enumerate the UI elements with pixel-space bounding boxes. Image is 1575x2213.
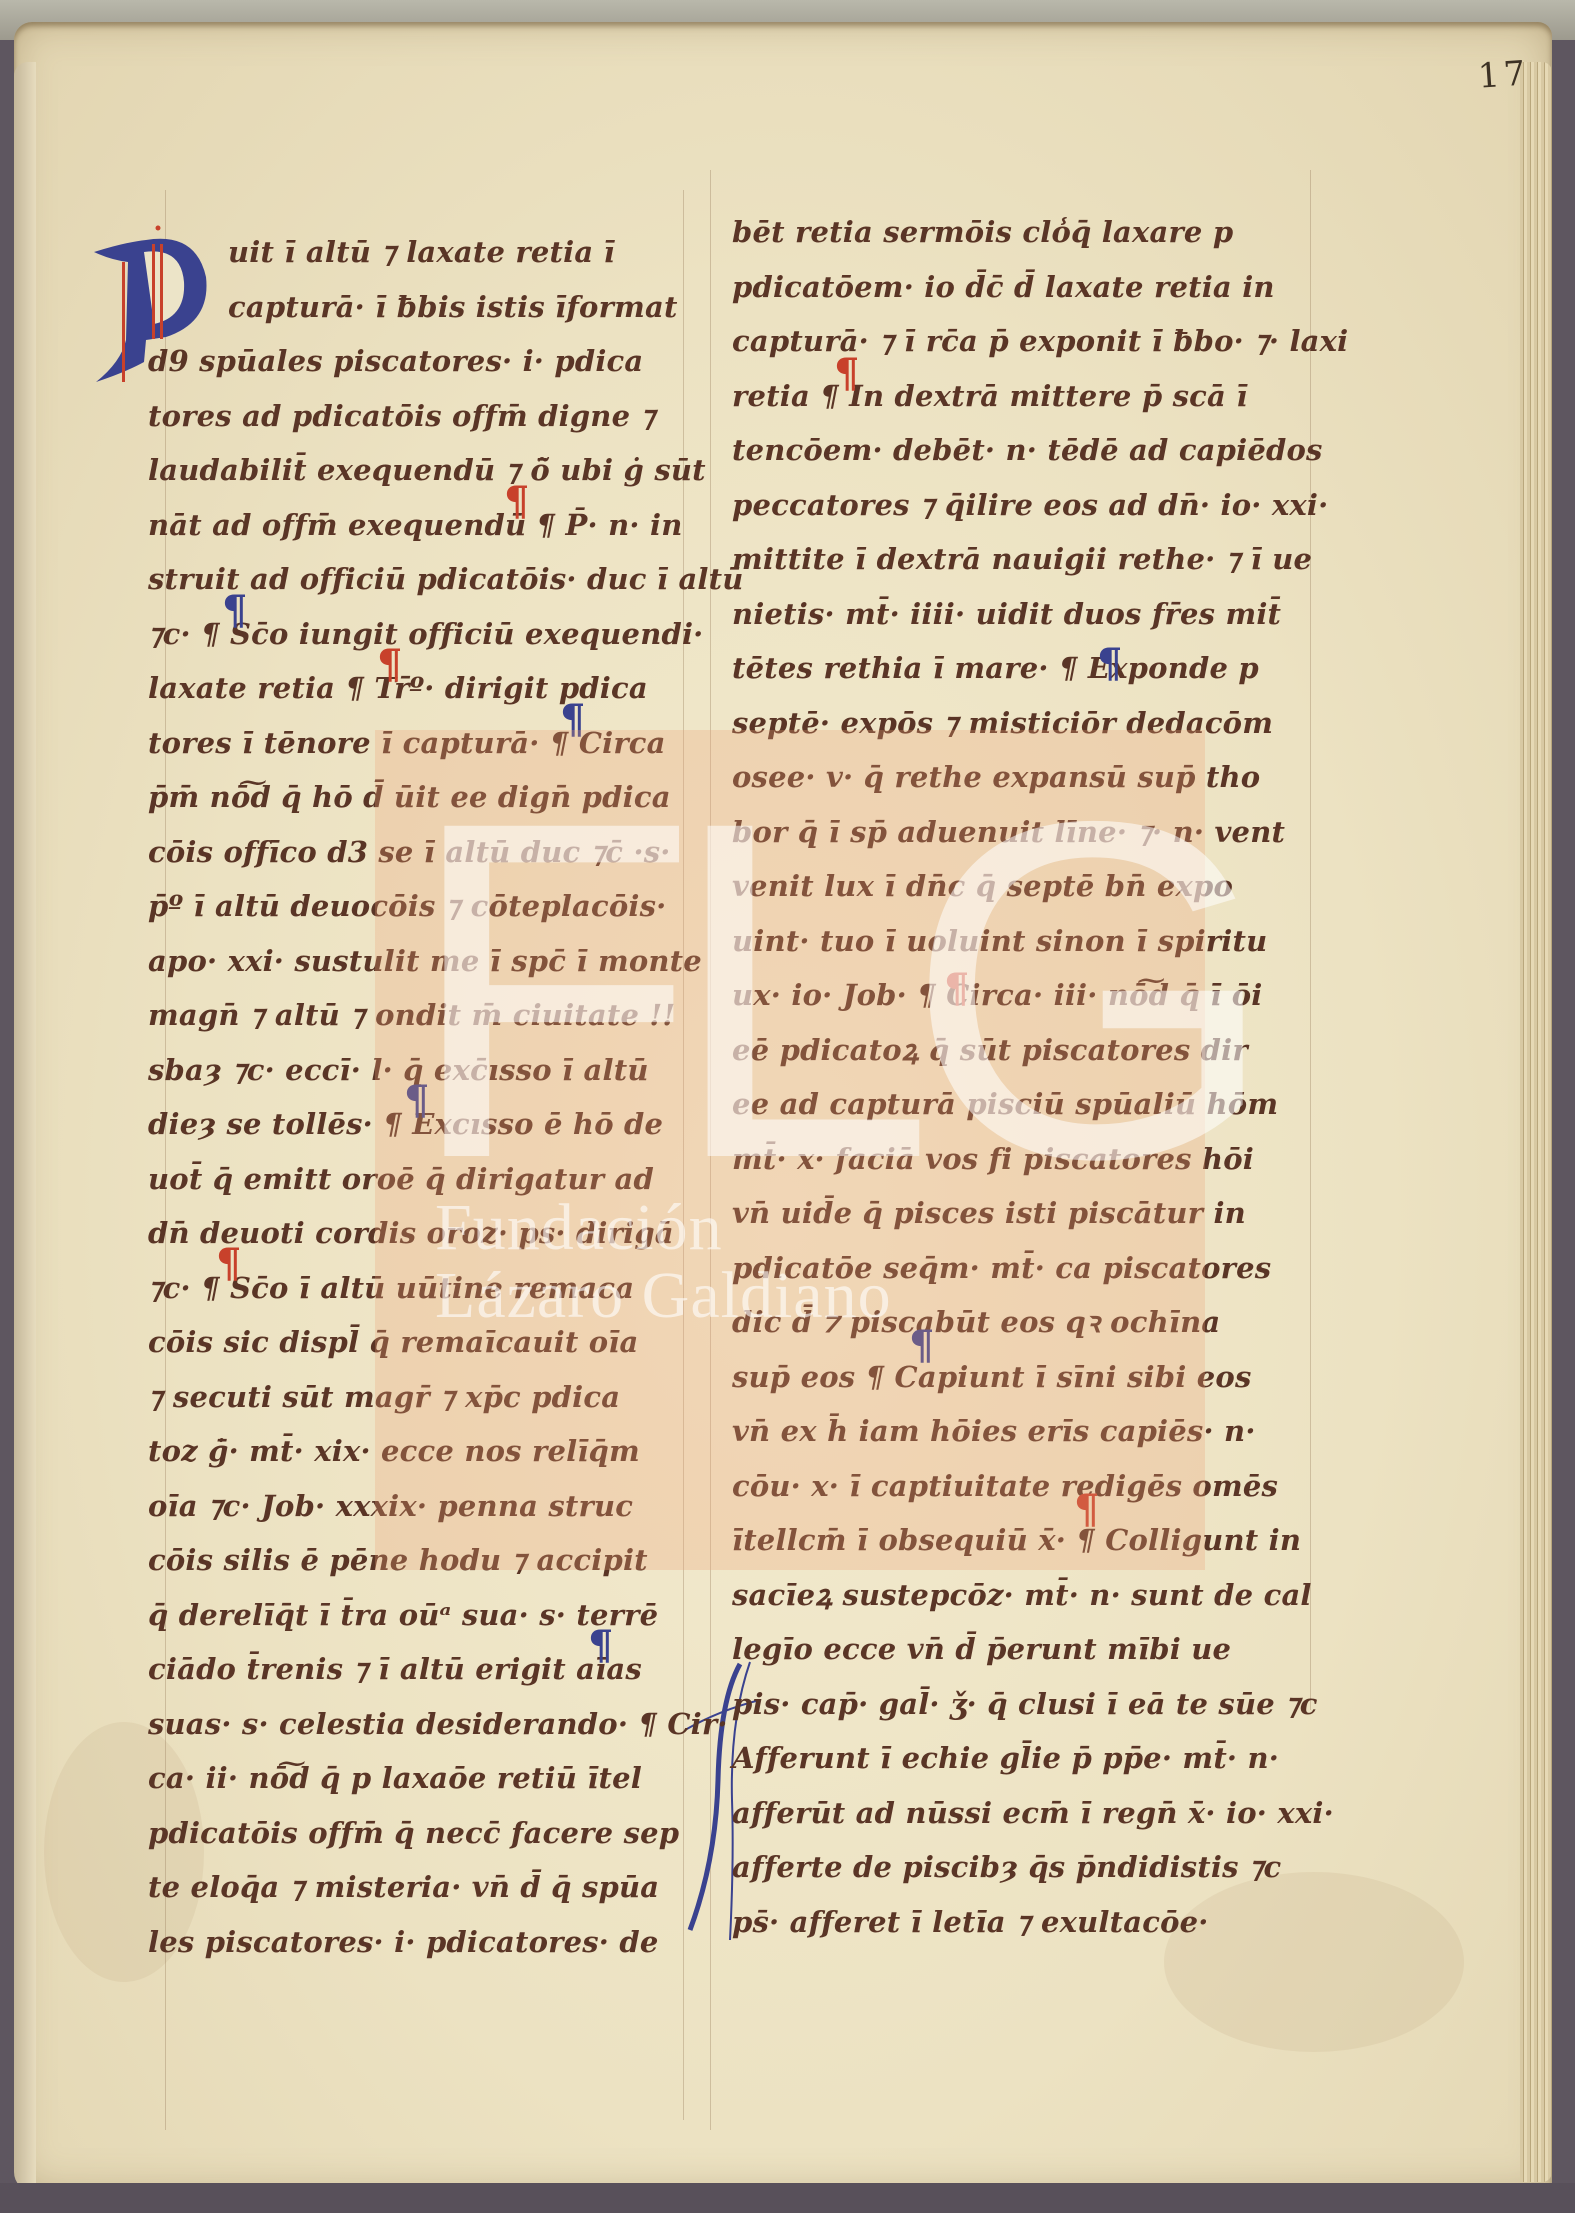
- manuscript-line: vn̄ ex h̄ iam hōies erīs capiēs· n·: [732, 1404, 1322, 1459]
- manuscript-line: cōis sic displ̄ q̄ remaīcauit oīa: [148, 1315, 688, 1370]
- manuscript-line: afferte de piscibȝ q̄s p̄ndidistis ⁊c: [732, 1840, 1322, 1895]
- manuscript-line: laudabilit̄ exequendū ⁊ ō̃ ubi ġ sūt: [148, 443, 688, 498]
- manuscript-line: nietis· mt̄· iiii· uidit duos fr̄es mit̄: [732, 587, 1322, 642]
- manuscript-line: uot̄ q̄ emitt oroē q̄ dirigatur ad: [148, 1152, 688, 1207]
- manuscript-line: les piscatores· i· pdicatores· de: [148, 1915, 688, 1970]
- manuscript-line: dic d̄ ⁊ piscabūt eos qꝛ ochīna: [732, 1295, 1322, 1350]
- manuscript-line: ca· ii· nō͠d q̄ p laxaōe retiū ītel: [148, 1751, 688, 1806]
- manuscript-line: ītellcm̄ ī obsequiū x̄· ¶ Colligunt in: [732, 1513, 1322, 1568]
- folio-number: 17: [1477, 53, 1531, 96]
- manuscript-line: afferūt ad nūssi ecm̄ ī regn̄ x̄· io· xx…: [732, 1786, 1322, 1841]
- manuscript-line: mt̄· x· faciā vos fi piscatores hōi: [732, 1132, 1322, 1187]
- manuscript-line: cōis offīco d3 se ī altū duc ⁊c̄ ·s·: [148, 825, 688, 880]
- manuscript-line: pdicatōem· io d̄c̄ d̄ laxate retia in: [732, 260, 1322, 315]
- manuscript-line: tores ad pdicatōis offm̄ digne ⁊: [148, 389, 688, 444]
- manuscript-line: eē pdicatoꝝ q̄ sūt piscatores dir: [732, 1023, 1322, 1078]
- red-paragraph-mark-icon: ¶: [504, 478, 529, 525]
- manuscript-line: ⁊ secuti sūt magr̄ ⁊ xp̄c pdica: [148, 1370, 688, 1425]
- manuscript-line: p̄º ī altū deuocōis ⁊ cōteplacōis·: [148, 879, 688, 934]
- manuscript-line: apo· xxi· sustulit me ī spc̄ ī monte: [148, 934, 688, 989]
- manuscript-line: septē· expōs ⁊ misticiōr dedacōm: [732, 696, 1322, 751]
- blue-paragraph-mark-icon: ¶: [1097, 640, 1122, 687]
- manuscript-line: toz ġ̄· mt̄· xix· ecce nos relīq̄m: [148, 1424, 688, 1479]
- red-paragraph-mark-icon: ¶: [377, 641, 402, 688]
- scan-background-bottom: [0, 2183, 1575, 2213]
- manuscript-line: retia ¶ In dextrā mittere p̄ scā ī: [732, 369, 1322, 424]
- manuscript-line: pdicatōe seq̄m· mt̄· ca piscatores: [732, 1241, 1322, 1296]
- manuscript-line: cōu· x· ī captiuitate redigēs omēs: [732, 1459, 1322, 1514]
- manuscript-line: suas· s· celestia desiderando· ¶ Cir·: [148, 1697, 688, 1752]
- blue-paragraph-mark-icon: ¶: [560, 696, 585, 743]
- manuscript-line: magn̄ ⁊ altū ⁊ ondit m̄ ciuitate !!: [148, 988, 688, 1043]
- manuscript-line: pis· cap̄· gal̄· ǯ· q̄ clusi ī eā te sūe…: [732, 1677, 1322, 1732]
- manuscript-line: legīo ecce vn̄ d̄ p̄erunt mībi ue: [732, 1622, 1322, 1677]
- manuscript-line: cōis silis ē pēne hodu ⁊ accipit: [148, 1533, 688, 1588]
- blue-paragraph-mark-icon: ¶: [588, 1622, 613, 1669]
- manuscript-line: ux· io· Job· ¶ Circa· iii· nō͠d q̄ ī ōi: [732, 968, 1322, 1023]
- red-paragraph-mark-icon: ¶: [944, 965, 969, 1012]
- blue-paragraph-mark-icon: ¶: [404, 1077, 429, 1124]
- manuscript-line: laxate retia ¶ Tr̄º· dirigit pdica: [148, 661, 688, 716]
- page-fore-edge: [1520, 62, 1552, 2182]
- red-paragraph-mark-icon: ¶: [216, 1240, 241, 1287]
- red-paragraph-mark-icon: ¶: [1074, 1486, 1099, 1533]
- manuscript-line: te eloq̄a ⁊ misteria· vn̄ d̄ q̄ spūa: [148, 1860, 688, 1915]
- manuscript-line: mittite ī dextrā nauigii rethe· ⁊ ī ue: [732, 532, 1322, 587]
- manuscript-line: p̄m̄ nō͠d q̄ hō d̄ ūit ee dign̄ pdica: [148, 770, 688, 825]
- blue-paragraph-mark-icon: ¶: [222, 587, 247, 634]
- blue-paragraph-mark-icon: ¶: [909, 1322, 934, 1369]
- manuscript-line: capturā· ⁊ ī rc̄a p̄ exponit ī ƀbo· ⁊· l…: [732, 314, 1322, 369]
- manuscript-line: pdicatōis offm̄ q̄ necc̄ facere sep: [148, 1806, 688, 1861]
- manuscript-line: bēt retia sermōis clo̾q̄ laxare p: [732, 205, 1322, 260]
- manuscript-line: peccatores ⁊ q̄ilire eos ad dn̄· io· xxi…: [732, 478, 1322, 533]
- manuscript-line: sacīeꝝ sustepcōz· mt̄· n· sunt de cal: [732, 1568, 1322, 1623]
- manuscript-line: ps̄· afferet ī letīa ⁊ exultacōe·: [732, 1895, 1322, 1950]
- manuscript-line: d9 spūales piscatores· i· pdica: [148, 334, 688, 389]
- manuscript-line: nāt ad offm̄ exequendū ¶ P̄· n· in: [148, 498, 688, 553]
- manuscript-line: oīa ⁊c· Job· xxxix· penna struc: [148, 1479, 688, 1534]
- manuscript-line: ee ad capturā pisciū spūaliū hōm: [732, 1077, 1322, 1132]
- manuscript-line: capturā· ī ƀbis istis īformat: [148, 280, 688, 335]
- manuscript-line: Afferunt ī echie gl̄ie p̄ pp̄e· mt̄· n·: [732, 1731, 1322, 1786]
- red-paragraph-mark-icon: ¶: [834, 350, 859, 397]
- manuscript-line: osee· v· q̄ rethe expansū sup̄ tho: [732, 750, 1322, 805]
- text-column-right: bēt retia sermōis clo̾q̄ laxare p pdicat…: [732, 205, 1322, 1949]
- manuscript-line: uit ī altū ⁊ laxate retia ī: [148, 225, 688, 280]
- manuscript-line: venit lux ī dn̄c q̄ septē bn̄ expo: [732, 859, 1322, 914]
- page-gutter: [14, 62, 36, 2192]
- manuscript-line: uint· tuo ī uoluint sinon ī spiritu: [732, 914, 1322, 969]
- manuscript-line: tores ī tēnore ī capturā· ¶ Circa: [148, 716, 688, 771]
- manuscript-line: tētes rethia ī mare· ¶ Exponde p: [732, 641, 1322, 696]
- manuscript-line: bor q̄ ī sp̄ aduenuit līne· ⁊· n· vent: [732, 805, 1322, 860]
- manuscript-line: tencōem· debēt· n· tēdē ad capiēdos: [732, 423, 1322, 478]
- manuscript-line: vn̄ uid̄e q̄ pisces isti piscātur in: [732, 1186, 1322, 1241]
- manuscript-line: sup̄ eos ¶ Capiunt ī sīni sibi eos: [732, 1350, 1322, 1405]
